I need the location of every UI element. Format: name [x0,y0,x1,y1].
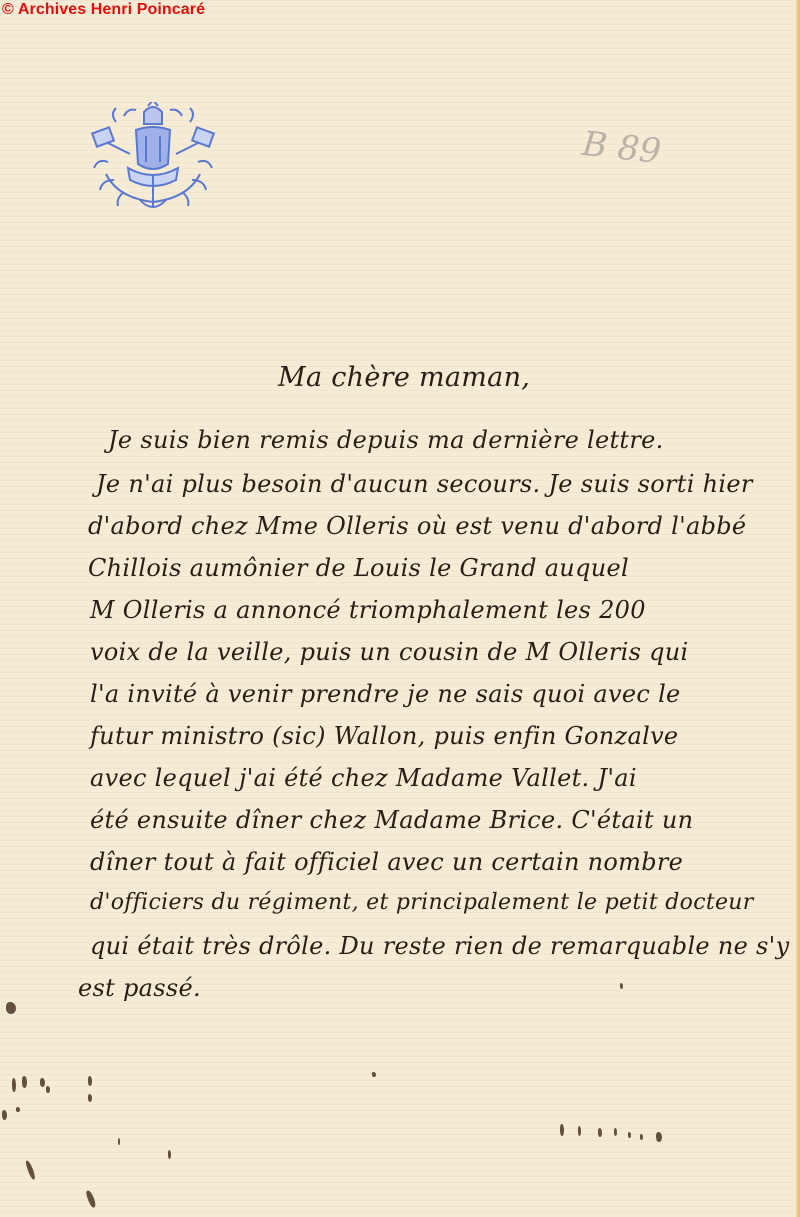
letter-line: qui était très drôle. Du reste rien de r… [90,932,789,960]
letter-line: voix de la veille, puis un cousin de M O… [90,638,689,666]
letter-salutation: Ma chère maman, [278,362,530,393]
letter-line: été ensuite dîner chez Madame Brice. C'é… [90,806,693,834]
letter-line: dîner tout à fait officiel avec un certa… [90,848,683,876]
archive-shelfmark: B 89 [580,124,663,172]
letter-line: est passé. [78,974,201,1002]
letter-line: Je n'ai plus besoin d'aucun secours. Je … [96,470,753,498]
letter-line: d'abord chez Mme Olleris où est venu d'a… [88,512,746,540]
letter-line: M Olleris a annoncé triomphalement les 2… [90,596,646,624]
letter-line: Chillois aumônier de Louis le Grand auqu… [88,554,629,582]
letter-line: Je suis bien remis depuis ma dernière le… [108,426,664,454]
letterhead-crest-icon [88,102,218,214]
letter-line: futur ministro (sic) Wallon, puis enfin … [90,722,678,750]
letter-line: avec lequel j'ai été chez Madame Vallet.… [90,764,637,792]
letter-line: d'officiers du régiment, et principaleme… [90,890,754,915]
page-edge [796,0,800,1217]
archive-credit: © Archives Henri Poincaré [2,1,205,19]
letter-line: l'a invité à venir prendre je ne sais qu… [90,680,681,708]
